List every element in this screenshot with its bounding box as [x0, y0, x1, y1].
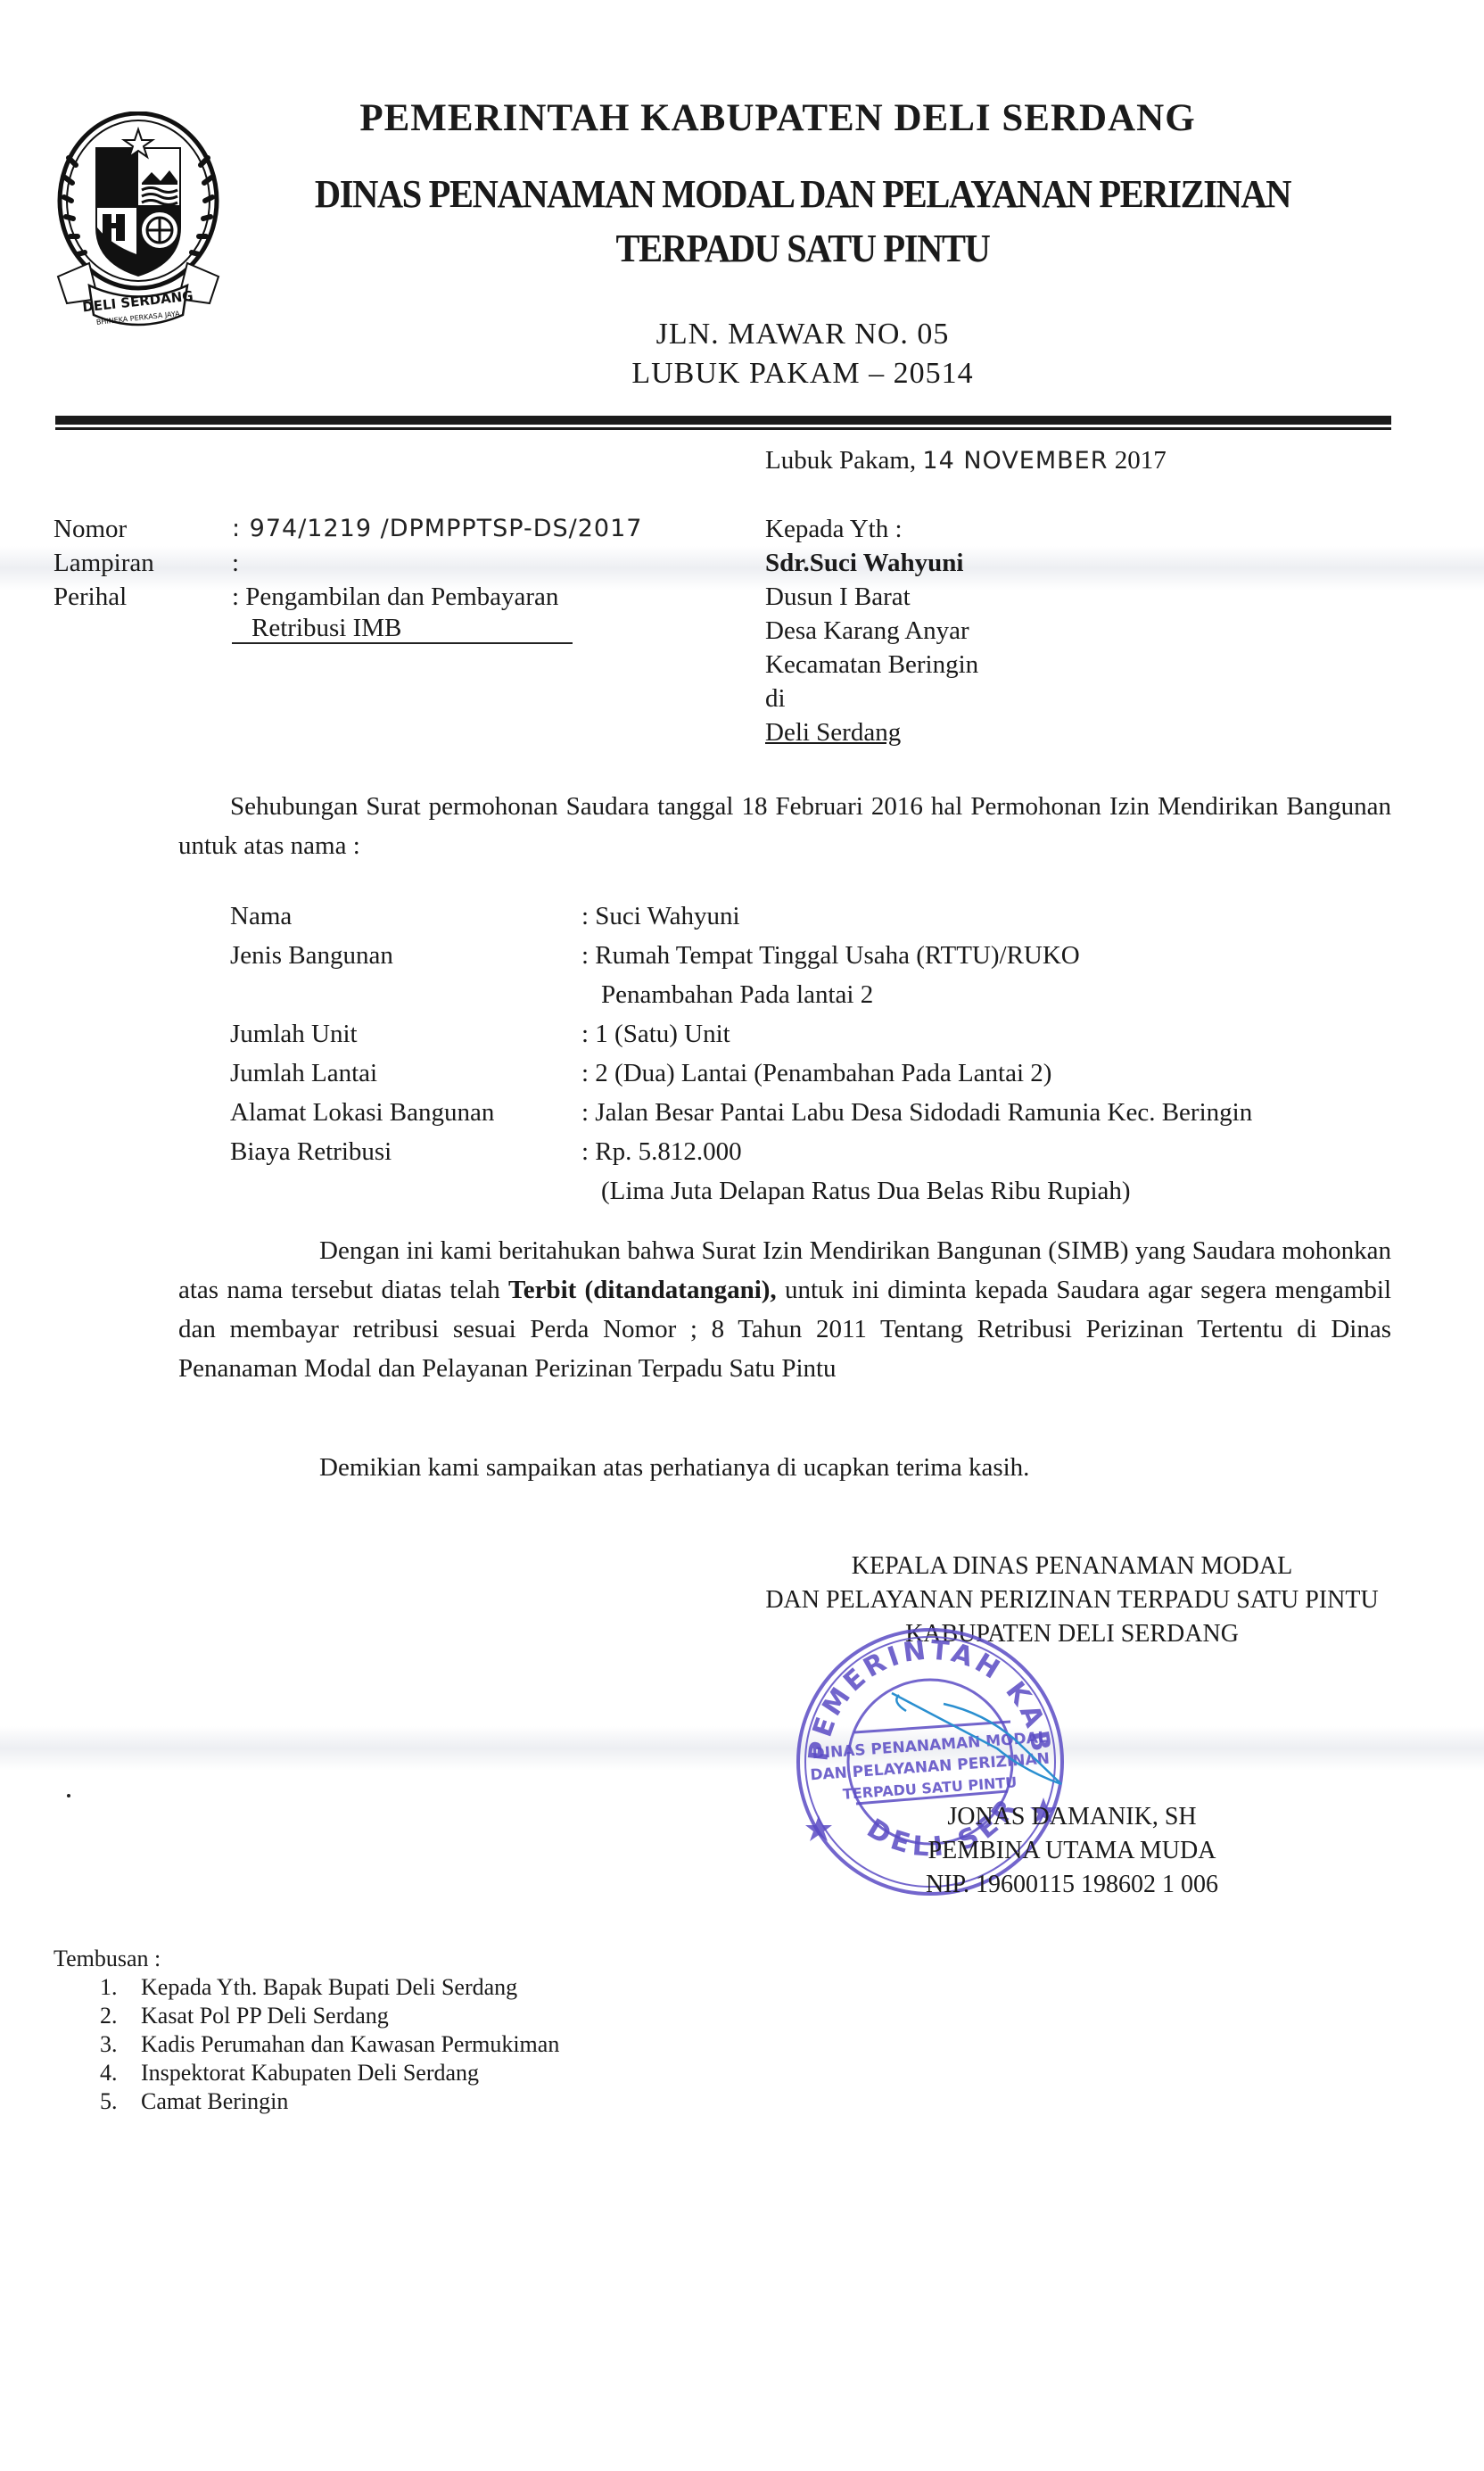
lampiran-value: : — [232, 546, 239, 580]
detail-value: : Rp. 5.812.000 — [581, 1132, 742, 1171]
recipient-name: Sdr.Suci Wahyuni — [765, 546, 978, 580]
detail-label: Jenis Bangunan — [230, 936, 581, 975]
scan-speck — [67, 1794, 70, 1797]
carbon-copy-item: 2.Kasat Pol PP Deli Serdang — [100, 2002, 559, 2030]
intro-paragraph: Sehubungan Surat permohonan Saudara tang… — [178, 787, 1391, 865]
carbon-copy-item: 4.Inspektorat Kabupaten Deli Serdang — [100, 2059, 559, 2087]
carbon-copy-item: 5.Camat Beringin — [100, 2087, 559, 2116]
coat-of-arms-icon: DELI SERDANG BHINEKA PERKASA JAYA — [49, 112, 227, 339]
letterhead-divider-thick — [55, 416, 1391, 425]
carbon-copy-label: Tembusan : — [54, 1945, 559, 1973]
detail-label: Biaya Retribusi — [230, 1132, 581, 1171]
carbon-copy-item: 3.Kadis Perumahan dan Kawasan Permukiman — [100, 2030, 559, 2059]
recipient-block: Kepada Yth : Sdr.Suci Wahyuni Dusun I Ba… — [765, 512, 978, 749]
perihal-value: : Pengambilan dan Pembayaran — [232, 580, 558, 614]
signature-title: KEPALA DINAS PENANAMAN MODAL DAN PELAYAN… — [660, 1550, 1484, 1651]
nomor-value: : 974/1219 /DPMPPTSP-DS/2017 — [232, 512, 642, 546]
date-year: 2017 — [1115, 446, 1167, 475]
date-handwritten: 14 NOVEMBER — [922, 447, 1108, 475]
detail-value-continued: (Lima Juta Delapan Ratus Dua Belas Ribu … — [581, 1171, 1131, 1211]
recipient-address-line: Kecamatan Beringin — [765, 648, 978, 682]
signatory-block: JONAS DAMANIK, SH PEMBINA UTAMA MUDA NIP… — [660, 1800, 1484, 1902]
scan-artifact-band — [0, 1726, 1484, 1771]
detail-value: : Rumah Tempat Tinggal Usaha (RTTU)/RUKO — [581, 936, 1080, 975]
nomor-label: Nomor — [54, 512, 232, 546]
date-place: Lubuk Pakam, — [765, 446, 916, 475]
detail-value: : 1 (Satu) Unit — [581, 1014, 730, 1054]
letter-meta: Nomor : 974/1219 /DPMPPTSP-DS/2017 Lampi… — [54, 512, 642, 644]
issued-emphasis: Terbit (ditandatangani), — [508, 1276, 777, 1304]
letter-date: Lubuk Pakam, 14 NOVEMBER 2017 — [765, 443, 1167, 478]
perihal-value-line2: Retribusi IMB — [232, 614, 573, 644]
recipient-address-line: Desa Karang Anyar — [765, 614, 978, 648]
recipient-greeting: Kepada Yth : — [765, 512, 978, 546]
detail-label: Nama — [230, 897, 581, 936]
detail-label: Jumlah Lantai — [230, 1054, 581, 1093]
carbon-copy-item: 1.Kepada Yth. Bapak Bupati Deli Serdang — [100, 1973, 559, 2002]
detail-value-continued: Penambahan Pada lantai 2 — [581, 975, 873, 1014]
letterhead-city-postcode: LUBUK PAKAM – 20514 — [223, 357, 1382, 391]
signatory-nip: NIP. 19600115 198602 1 006 — [660, 1868, 1484, 1902]
lampiran-label: Lampiran — [54, 546, 232, 580]
recipient-address-line: di — [765, 682, 978, 715]
recipient-address-line: Dusun I Barat — [765, 580, 978, 614]
carbon-copy-block: Tembusan : 1.Kepada Yth. Bapak Bupati De… — [54, 1945, 559, 2116]
signatory-rank: PEMBINA UTAMA MUDA — [660, 1834, 1484, 1868]
detail-value: : 2 (Dua) Lantai (Penambahan Pada Lantai… — [581, 1054, 1051, 1093]
closing-paragraph: Demikian kami sampaikan atas perhatianya… — [319, 1450, 1029, 1484]
detail-label: Jumlah Unit — [230, 1014, 581, 1054]
signatory-name: JONAS DAMANIK, SH — [660, 1800, 1484, 1834]
letterhead-divider-thin — [55, 427, 1391, 430]
detail-value: : Jalan Besar Pantai Labu Desa Sidodadi … — [581, 1093, 1252, 1132]
letterhead-office-name: DINAS PENANAMAN MODAL DAN PELAYANAN PERI… — [269, 171, 1336, 217]
perihal-label: Perihal — [54, 580, 232, 614]
detail-label: Alamat Lokasi Bangunan — [230, 1093, 581, 1132]
letterhead-street-address: JLN. MAWAR NO. 05 — [223, 318, 1382, 351]
letterhead-government-name: PEMERINTAH KABUPATEN DELI SERDANG — [0, 96, 1484, 140]
detail-value: : Suci Wahyuni — [581, 897, 740, 936]
recipient-city: Deli Serdang — [765, 715, 978, 749]
permit-details: Nama: Suci Wahyuni Jenis Bangunan: Rumah… — [230, 897, 1252, 1211]
notification-paragraph: Dengan ini kami beritahukan bahwa Surat … — [178, 1231, 1391, 1388]
letterhead-office-name-2: TERPADU SATU PINTU — [269, 226, 1336, 271]
